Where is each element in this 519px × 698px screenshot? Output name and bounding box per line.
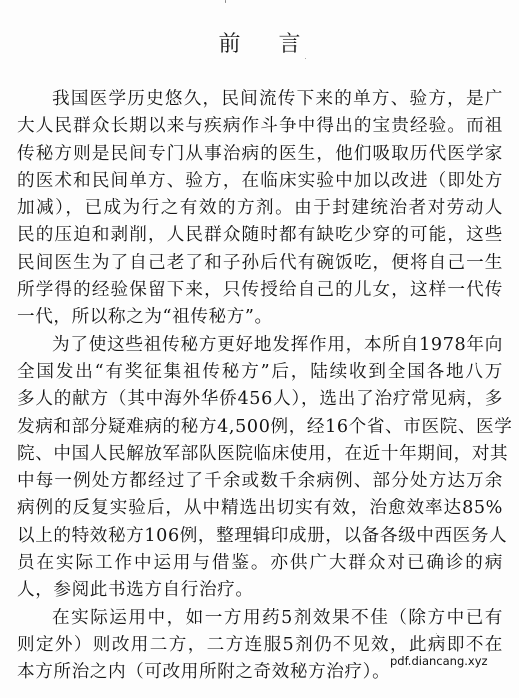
paragraph-2-line-9: 员在实际工作中运用与借鉴。亦供广大群众对已确诊的病	[17, 550, 503, 577]
scan-speck	[228, 45, 230, 47]
scan-speck	[436, 633, 437, 634]
paragraph-2-line-4: 发病和部分疑难病的秘方4,500例，经16个省、市医院、医学	[17, 414, 503, 441]
paragraph-2-line-5: 院、中国人民解放军部队医院临床使用，在近十年期间，对其	[17, 441, 503, 468]
paragraph-1-line-3: 传秘方则是民间专门从事治病的医生，他们吸取历代医学家	[17, 141, 503, 168]
paragraph-2-line-2: 全国发出“有奖征集祖传秘方”后，陆续收到全国各地八万	[17, 359, 503, 386]
watermark-url: pdf.diancang.xyz	[390, 654, 488, 668]
paragraph-1-line-7: 民间医生为了自己老了和子孙后代有碗饭吃，便将自己一生	[17, 250, 503, 277]
scanned-page: 前言 我国医学历史悠久，民间流传下来的单方、验方，是广 大人民群众长期以来与疾病…	[0, 0, 519, 698]
paragraph-1-line-1: 我国医学历史悠久，民间流传下来的单方、验方，是广	[17, 86, 503, 113]
page-title: 前言	[0, 31, 519, 59]
paragraph-1-line-4: 的医术和民间单方、验方，在临床实验中加以改进（即处方	[17, 168, 503, 195]
paragraph-1-line-9: 一代，所以称之为“祖传秘方”。	[17, 304, 503, 331]
paragraph-2-line-10: 人，参阅此书选方自行治疗。	[17, 577, 503, 604]
paragraph-1-line-5: 加减），已成为行之有效的方剂。由于封建统治者对劳动人	[17, 195, 503, 222]
scan-speck	[225, 0, 226, 3]
paragraph-1-line-8: 所学得的经验保留下来，只传授给自己的儿女，这样一代传	[17, 277, 503, 304]
paragraph-1-line-2: 大人民群众长期以来与疾病作斗争中得出的宝贵经验。而祖	[17, 113, 503, 140]
paragraph-2-line-7: 病例的反复实验后，从中精选出切实有效，治愈效率达85%	[17, 495, 503, 522]
paragraph-1-line-6: 民的压迫和剥削，人民群众随时都有缺吃少穿的可能，这些	[17, 222, 503, 249]
paragraph-3-line-1: 在实际运用中，如一方用药5剂效果不佳（除方中已有	[17, 605, 503, 632]
paragraph-2-line-8: 以上的特效秘方106例，整理辑印成册，以备各级中西医务人	[17, 523, 503, 550]
paragraph-2-line-1: 为了使这些祖传秘方更好地发挥作用，本所自1978年向	[17, 332, 503, 359]
preface-body: 我国医学历史悠久，民间流传下来的单方、验方，是广 大人民群众长期以来与疾病作斗争…	[17, 86, 503, 687]
paragraph-2-line-6: 中每一例处方都经过了千余或数千余病例、部分处方达万余	[17, 468, 503, 495]
scan-speck	[305, 58, 306, 59]
paragraph-2-line-3: 多人的献方（其中海外华侨456人），选出了治疗常见病，多	[17, 386, 503, 413]
